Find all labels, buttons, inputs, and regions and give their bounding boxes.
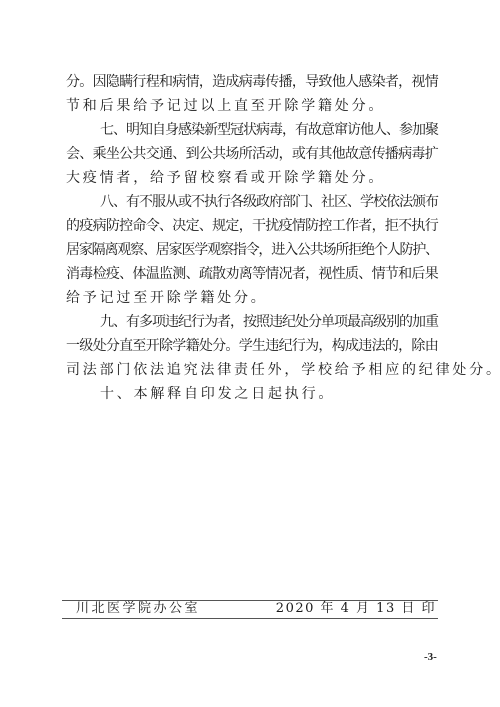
text-line-section-10: 十、本解释自印发之日起执行。 <box>66 382 438 406</box>
text-line: 分。因隐瞒行程和病情，造成病毒传播，导致他人感染者，视情 <box>66 70 438 94</box>
issue-date: 2020 年 4 月 13 日 印 <box>276 601 436 617</box>
text-line: 司法部门依法追究法律责任外，学校给予相应的纪律处分。 <box>66 358 438 382</box>
text-line-section-9: 九、有多项违纪行为者，按照违纪处分单项最高级别的加重 <box>66 310 438 334</box>
text-line: 消毒检疫、体温监测、疏散劝离等情况者，视性质、情节和后果 <box>66 262 438 286</box>
text-line: 节和后果给予记过以上直至开除学籍处分。 <box>66 94 438 118</box>
text-line: 大疫情者，给予留校察看或开除学籍处分。 <box>66 166 438 190</box>
text-line: 会、乘坐公共交通、到公共场所活动，或有其他故意传播病毒扩 <box>66 142 438 166</box>
text-line: 给予记过至开除学籍处分。 <box>66 286 438 310</box>
text-line-section-8: 八、有不服从或不执行各级政府部门、社区、学校依法颁布 <box>66 190 438 214</box>
page-number: -3- <box>424 651 437 663</box>
document-page: 分。因隐瞒行程和病情，造成病毒传播，导致他人感染者，视情 节和后果给予记过以上直… <box>0 0 500 707</box>
document-body: 分。因隐瞒行程和病情，造成病毒传播，导致他人感染者，视情 节和后果给予记过以上直… <box>66 70 438 406</box>
text-line-section-7: 七、明知自身感染新型冠状病毒，有故意窜访他人、参加聚 <box>66 118 438 142</box>
text-line: 一级处分直至开除学籍处分。学生违纪行为，构成违法的，除由 <box>66 334 438 358</box>
text-line: 的疫病防控命令、决定、规定，干扰疫情防控工作者，拒不执行 <box>66 214 438 238</box>
issuer-name: 川北医学院办公室 <box>76 601 200 617</box>
issuer-footer: 川北医学院办公室 2020 年 4 月 13 日 印 <box>62 600 438 619</box>
text-line: 居家隔离观察、居家医学观察指令，进入公共场所拒绝个人防护、 <box>66 238 438 262</box>
